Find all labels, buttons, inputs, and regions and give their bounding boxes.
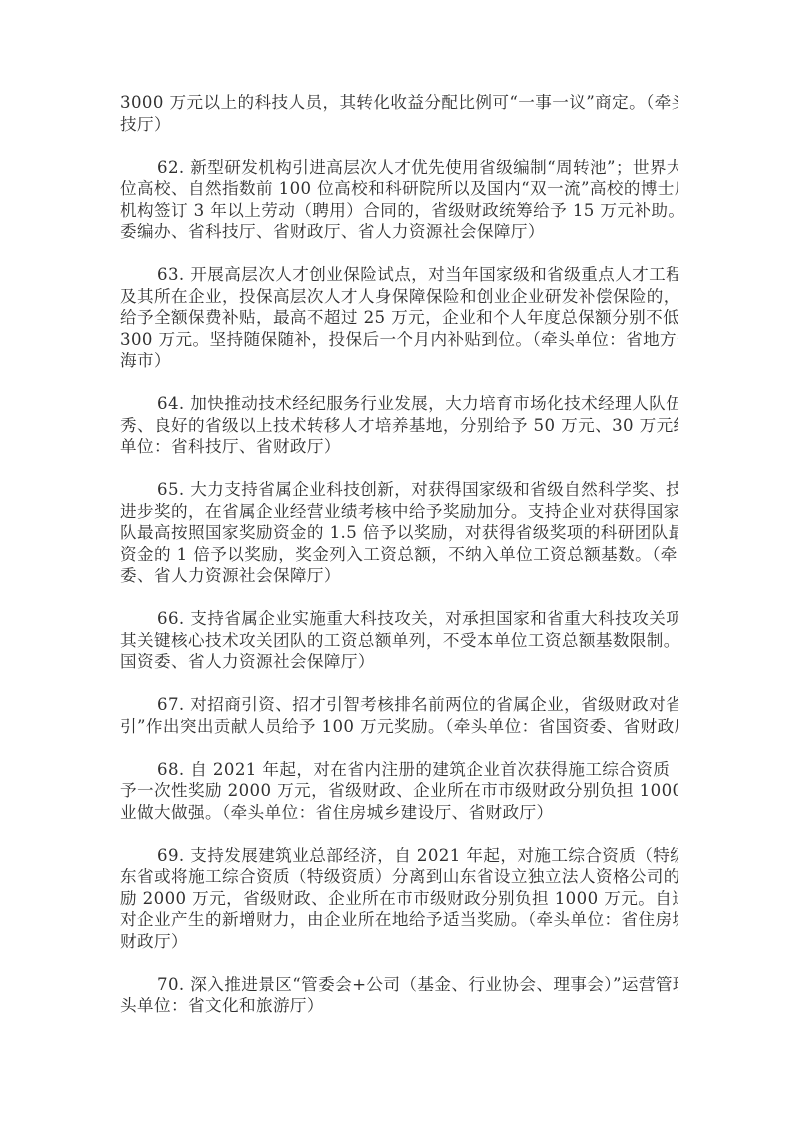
paragraph-63: 63. 开展高层次人才创业保险试点，对当年国家级和省级重点人才工程创业项目入选者… [120, 264, 678, 372]
text-line: 机构签订 3 年以上劳动（聘用）合同的，省级财政统筹给予 15 万元补助。（牵头… [120, 200, 678, 222]
paragraph-65: 65. 大力支持省属企业科技创新，对获得国家级和省级自然科学奖、技术发明奖、科技… [120, 479, 678, 587]
text-line: 委、省人力资源社会保障厅） [120, 565, 678, 587]
text-line: 进步奖的，在省属企业经营业绩考核中给予奖励加分。支持企业对获得国家级奖项的科研团 [120, 501, 678, 523]
text-line: 70. 深入推进景区“管委会+公司（基金、行业协会、理事会）”运营管理体制改革。… [120, 974, 678, 996]
text-line: 秀、良好的省级以上技术转移人才培养基地，分别给予 50 万元、30 万元经费支持… [120, 415, 678, 437]
paragraph-69: 69. 支持发展建筑业总部经济，自 2021 年起，对施工综合资质（特级资质）企… [120, 845, 678, 953]
text-line: 励 2000 万元，省级财政、企业所在市市级财政分别负担 1000 万元。自迁入… [120, 888, 678, 910]
text-line: 69. 支持发展建筑业总部经济，自 2021 年起，对施工综合资质（特级资质）企… [120, 845, 678, 867]
paragraph-70: 70. 深入推进景区“管委会+公司（基金、行业协会、理事会）”运营管理体制改革。… [120, 974, 678, 1017]
text-line: 68. 自 2021 年起，对在省内注册的建筑企业首次获得施工综合资质（特级资质… [120, 759, 678, 781]
text-line: 资金的 1 倍予以奖励，奖金列入工资总额，不纳入单位工资总额基数。（牵头单位：省… [120, 544, 678, 566]
text-line: 单位：省科技厅、省财政厅） [120, 436, 678, 458]
text-line: 63. 开展高层次人才创业保险试点，对当年国家级和省级重点人才工程创业项目入选者 [120, 264, 678, 286]
text-line: 300 万元。坚持随保随补，投保后一个月内补贴到位。（牵头单位：省地方金融监管局… [120, 329, 678, 351]
text-line: 海市） [120, 350, 678, 372]
paragraph-61-continued: 3000 万元以上的科技人员，其转化收益分配比例可“一事一议”商定。（牵头单位：… [120, 92, 678, 135]
text-line: 国资委、省人力资源社会保障厅） [120, 651, 678, 673]
text-line: 其关键核心技术攻关团队的工资总额单列，不受本单位工资总额基数限制。（牵头单位：省 [120, 630, 678, 652]
text-line: 62. 新型研发机构引进高层次人才优先使用省级编制“周转池”；世界大学排名前 2… [120, 157, 678, 179]
paragraph-62: 62. 新型研发机构引进高层次人才优先使用省级编制“周转池”；世界大学排名前 2… [120, 157, 678, 243]
text-line: 业做大做强。（牵头单位：省住房城乡建设厅、省财政厅） [120, 802, 678, 824]
paragraph-66: 66. 支持省属企业实施重大科技攻关，对承担国家和省重大科技攻关项目的省属企业，… [120, 608, 678, 673]
text-line: 予一次性奖励 2000 万元，省级财政、企业所在市市级财政分别负担 1000 万… [120, 780, 678, 802]
text-line: 64. 加快推动技术经纪服务行业发展，大力培育市场化技术经理人队伍，对考核评价优 [120, 393, 678, 415]
text-line: 位高校、自然指数前 100 位高校和科研院所以及国内“双一流”高校的博士后，与新… [120, 178, 678, 200]
text-line: 3000 万元以上的科技人员，其转化收益分配比例可“一事一议”商定。（牵头单位：… [120, 92, 678, 114]
text-line: 技厅） [120, 114, 678, 136]
document-page: 3000 万元以上的科技人员，其转化收益分配比例可“一事一议”商定。（牵头单位：… [120, 92, 678, 1038]
text-line: 65. 大力支持省属企业科技创新，对获得国家级和省级自然科学奖、技术发明奖、科技 [120, 479, 678, 501]
text-line: 66. 支持省属企业实施重大科技攻关，对承担国家和省重大科技攻关项目的省属企业， [120, 608, 678, 630]
paragraph-67: 67. 对招商引资、招才引智考核排名前两位的省属企业，省级财政对省属企业“双招双… [120, 694, 678, 737]
text-line: 对企业产生的新增财力，由企业所在地给予适当奖励。（牵头单位：省住房城乡建设厅、省 [120, 909, 678, 931]
text-line: 委编办、省科技厅、省财政厅、省人力资源社会保障厅） [120, 221, 678, 243]
text-line: 67. 对招商引资、招才引智考核排名前两位的省属企业，省级财政对省属企业“双招双 [120, 694, 678, 716]
text-line: 引”作出突出贡献人员给予 100 万元奖励。（牵头单位：省国资委、省财政厅） [120, 716, 678, 738]
text-line: 给予全额保费补贴，最高不超过 25 万元，企业和个人年度总保额分别不低于 100… [120, 307, 678, 329]
text-line: 东省或将施工综合资质（特级资质）分离到山东省设立独立法人资格公司的，给予一次性奖 [120, 866, 678, 888]
paragraph-64: 64. 加快推动技术经纪服务行业发展，大力培育市场化技术经理人队伍，对考核评价优… [120, 393, 678, 458]
paragraph-68: 68. 自 2021 年起，对在省内注册的建筑企业首次获得施工综合资质（特级资质… [120, 759, 678, 824]
text-line: 头单位：省文化和旅游厅） [120, 995, 678, 1017]
text-line: 财政厅） [120, 931, 678, 953]
text-line: 及其所在企业，投保高层次人才人身保障保险和创业企业研发补偿保险的，试点市市级财政 [120, 286, 678, 308]
text-line: 队最高按照国家奖励资金的 1.5 倍予以奖励，对获得省级奖项的科研团队最高按照省… [120, 522, 678, 544]
